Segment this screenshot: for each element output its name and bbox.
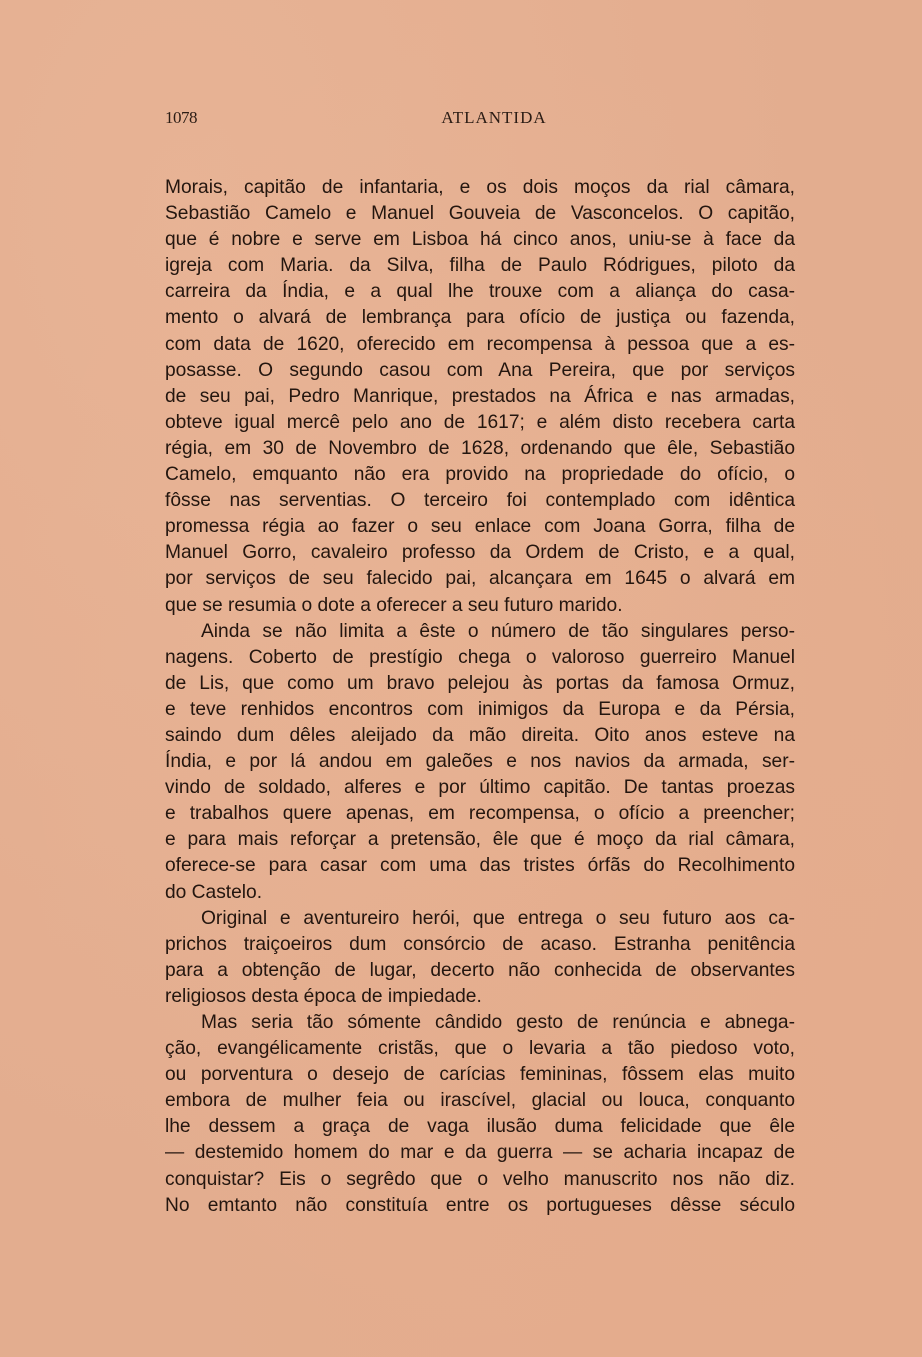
- text-line: religiosos desta época de impiedade.: [165, 984, 795, 1010]
- text-line: saindo dum dêles aleijado da mão direita…: [165, 723, 795, 749]
- text-line: embora de mulher feia ou irascível, glac…: [165, 1088, 795, 1114]
- text-line: régia, em 30 de Novembro de 1628, ordena…: [165, 436, 795, 462]
- text-line: conquistar? Eis o segrêdo que o velho ma…: [165, 1167, 795, 1193]
- text-line: carreira da Índia, e a qual lhe trouxe c…: [165, 279, 795, 305]
- text-line: de Lis, que como um bravo pelejou às por…: [165, 671, 795, 697]
- text-line: fôsse nas serventias. O terceiro foi con…: [165, 488, 795, 514]
- text-line: do Castelo.: [165, 880, 795, 906]
- paragraph: Mas seria tão sómente cândido gesto de r…: [165, 1010, 795, 1219]
- book-page: 1078 ATLANTIDA Morais, capitão de infant…: [165, 108, 795, 1219]
- text-line: igreja com Maria. da Silva, filha de Pau…: [165, 253, 795, 279]
- text-line: com data de 1620, oferecido em recompens…: [165, 332, 795, 358]
- text-line: — destemido homem do mar e da guerra — s…: [165, 1140, 795, 1166]
- text-line: ção, evangélicamente cristãs, que o leva…: [165, 1036, 795, 1062]
- text-line: de seu pai, Pedro Manrique, prestados na…: [165, 384, 795, 410]
- text-line: lhe dessem a graça de vaga ilusão duma f…: [165, 1114, 795, 1140]
- text-line: No emtanto não constituía entre os portu…: [165, 1193, 795, 1219]
- text-line: posasse. O segundo casou com Ana Pereira…: [165, 358, 795, 384]
- text-line: Morais, capitão de infantaria, e os dois…: [165, 175, 795, 201]
- text-line: Ainda se não limita a êste o número de t…: [165, 619, 795, 645]
- text-line: Camelo, emquanto não era provido na prop…: [165, 462, 795, 488]
- paragraph: Ainda se não limita a êste o número de t…: [165, 619, 795, 906]
- text-line: oferece-se para casar com uma das triste…: [165, 853, 795, 879]
- body-text: Morais, capitão de infantaria, e os dois…: [165, 175, 795, 1219]
- text-line: Mas seria tão sómente cândido gesto de r…: [165, 1010, 795, 1036]
- text-line: nagens. Coberto de prestígio chega o val…: [165, 645, 795, 671]
- journal-title: ATLANTIDA: [165, 108, 795, 128]
- text-line: prichos traiçoeiros dum consórcio de aca…: [165, 932, 795, 958]
- text-line: Manuel Gorro, cavaleiro professo da Orde…: [165, 540, 795, 566]
- text-line: promessa régia ao fazer o seu enlace com…: [165, 514, 795, 540]
- text-line: vindo de soldado, alferes e por último c…: [165, 775, 795, 801]
- text-line: Índia, e por lá andou em galeões e nos n…: [165, 749, 795, 775]
- text-line: que é nobre e serve em Lisboa há cinco a…: [165, 227, 795, 253]
- text-line: obteve igual mercê pelo ano de 1617; e a…: [165, 410, 795, 436]
- text-line: mento o alvará de lembrança para ofício …: [165, 305, 795, 331]
- running-header: 1078 ATLANTIDA: [165, 108, 795, 132]
- text-line: e trabalhos quere apenas, em recompensa,…: [165, 801, 795, 827]
- text-line: Original e aventureiro herói, que entreg…: [165, 906, 795, 932]
- paragraph: Original e aventureiro herói, que entreg…: [165, 906, 795, 1010]
- text-line: por serviços de seu falecido pai, alcanç…: [165, 566, 795, 592]
- text-line: que se resumia o dote a oferecer a seu f…: [165, 593, 795, 619]
- paragraph: Morais, capitão de infantaria, e os dois…: [165, 175, 795, 619]
- text-line: e teve renhidos encontros com inimigos d…: [165, 697, 795, 723]
- text-line: ou porventura o desejo de carícias femin…: [165, 1062, 795, 1088]
- text-line: para a obtenção de lugar, decerto não co…: [165, 958, 795, 984]
- text-line: e para mais reforçar a pretensão, êle qu…: [165, 827, 795, 853]
- text-line: Sebastião Camelo e Manuel Gouveia de Vas…: [165, 201, 795, 227]
